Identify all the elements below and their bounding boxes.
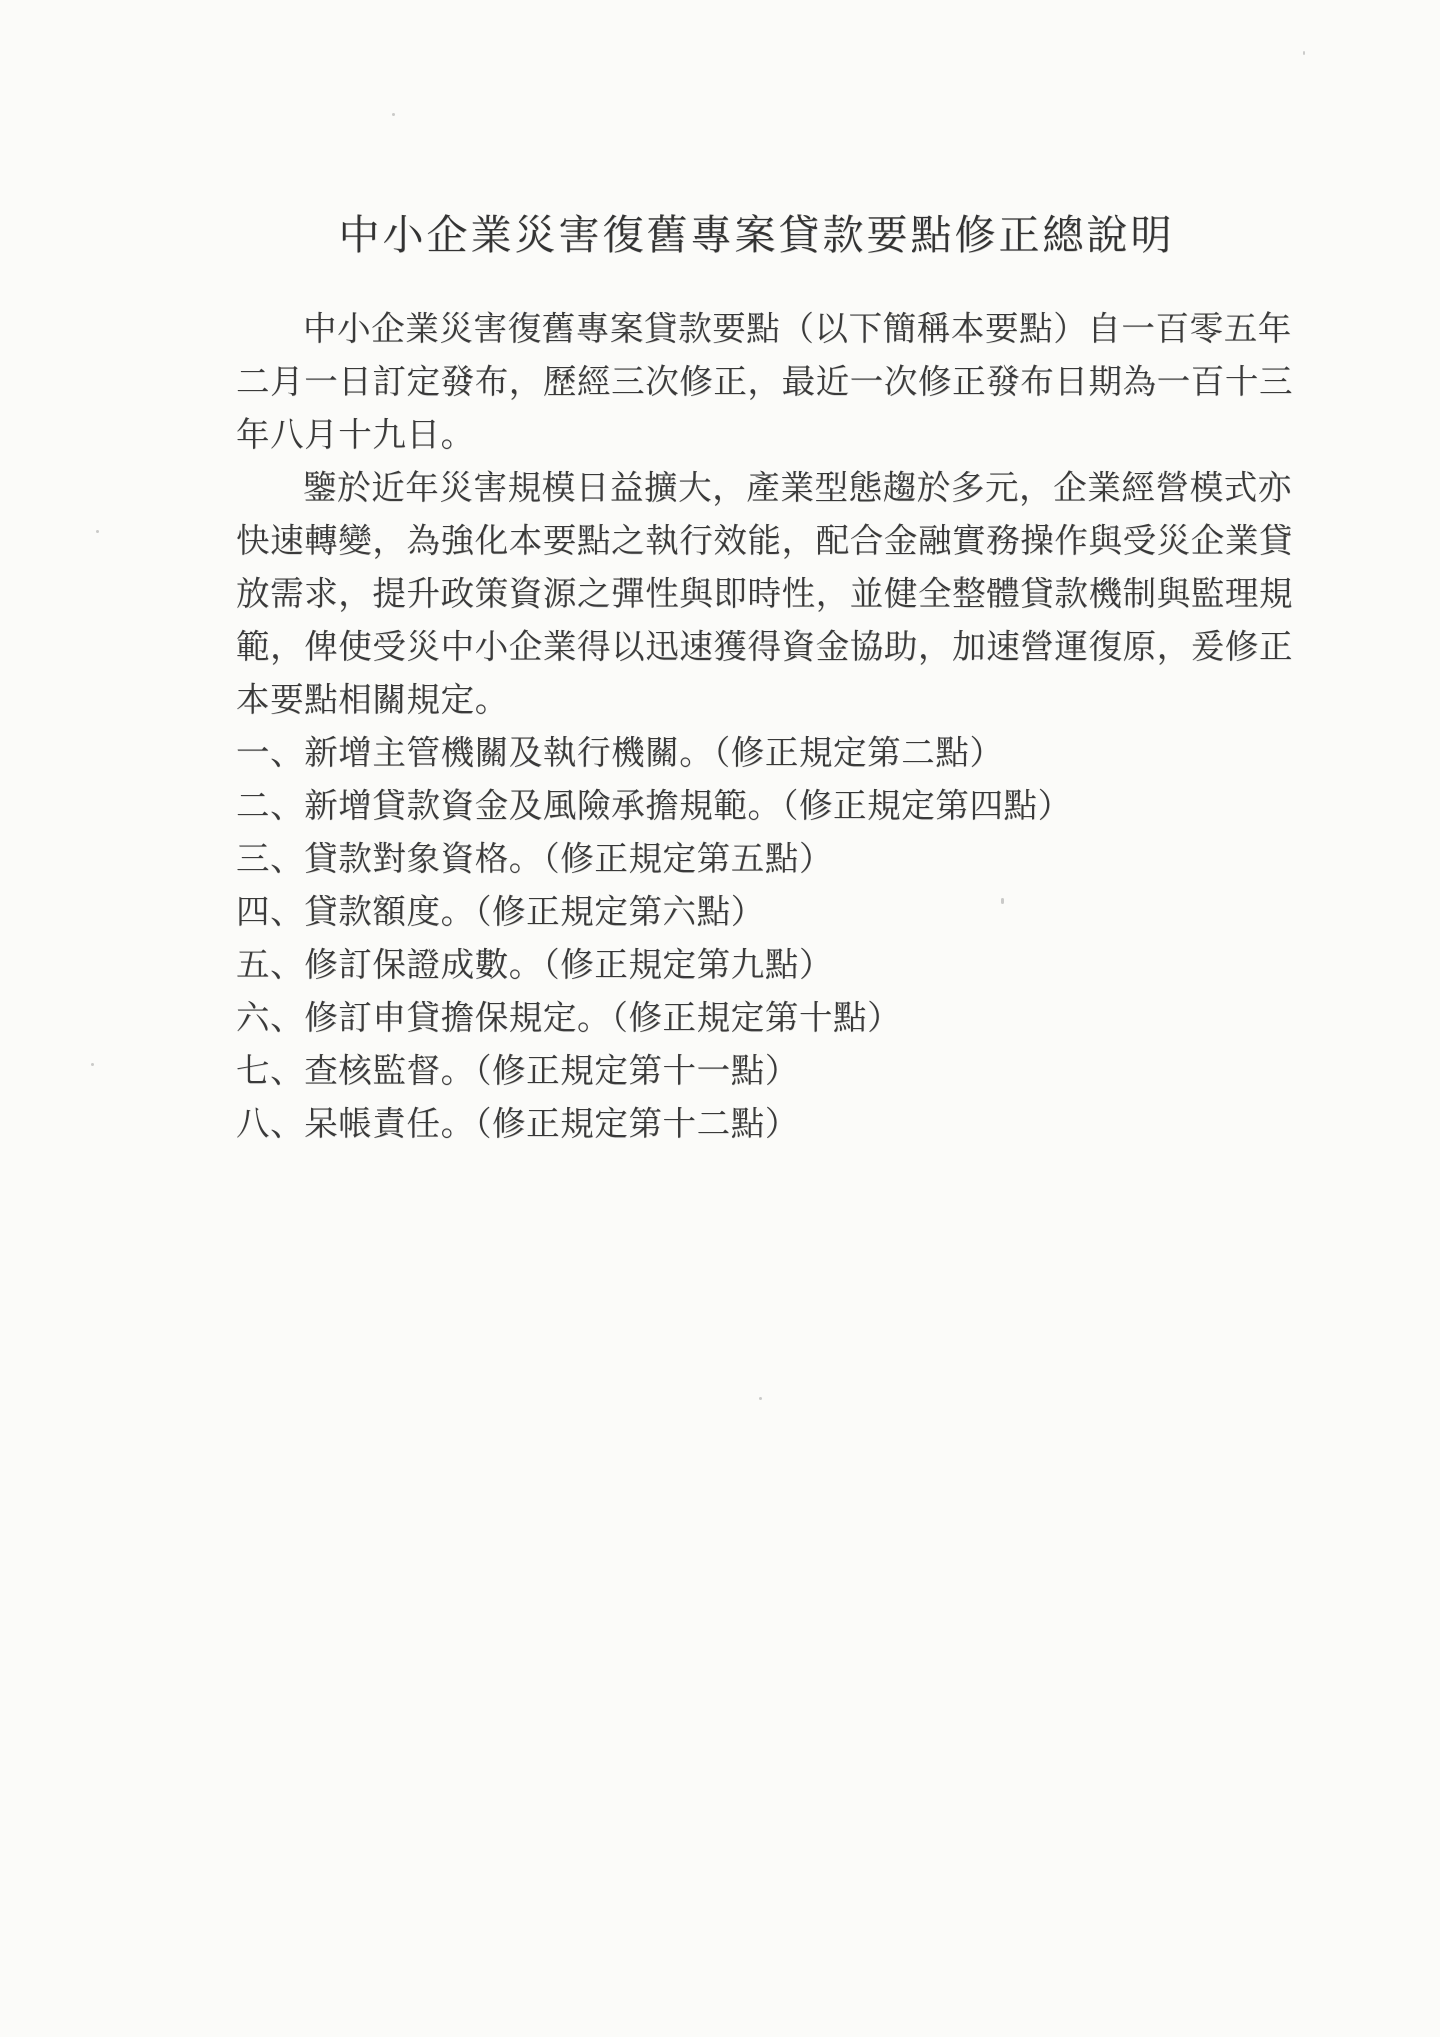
paragraph: 中小企業災害復舊專案貸款要點（以下簡稱本要點）自一百零五年 二月一日訂定發布，歷… — [236, 303, 1277, 462]
noise-speck — [759, 1397, 762, 1400]
paragraph-line: 二月一日訂定發布，歷經三次修正，最近一次修正發布日期為一百十三 — [236, 356, 1277, 409]
paragraph: 鑒於近年災害規模日益擴大，產業型態趨於多元，企業經營模式亦 快速轉變，為強化本要… — [236, 462, 1277, 727]
paragraph-line: 中小企業災害復舊專案貸款要點（以下簡稱本要點）自一百零五年 — [236, 303, 1277, 356]
noise-speck — [392, 113, 395, 116]
paragraph-line: 放需求，提升政策資源之彈性與即時性，並健全整體貸款機制與監理規 — [236, 568, 1277, 621]
list-item: 五、修訂保證成數。（修正規定第九點） — [236, 939, 1277, 992]
list-item: 六、修訂申貸擔保規定。（修正規定第十點） — [236, 992, 1277, 1045]
paragraph-line: 鑒於近年災害規模日益擴大，產業型態趨於多元，企業經營模式亦 — [236, 462, 1277, 515]
paragraph-line: 本要點相關規定。 — [236, 674, 1277, 727]
noise-speck — [96, 530, 99, 533]
document-content: 中小企業災害復舊專案貸款要點修正總說明 中小企業災害復舊專案貸款要點（以下簡稱本… — [236, 204, 1277, 1151]
paragraph-line: 年八月十九日。 — [236, 409, 1277, 462]
paragraph-line: 快速轉變，為強化本要點之執行效能，配合金融實務操作與受災企業貸 — [236, 515, 1277, 568]
list-item: 八、呆帳責任。（修正規定第十二點） — [236, 1098, 1277, 1151]
list-item: 一、新增主管機關及執行機關。（修正規定第二點） — [236, 727, 1277, 780]
amendment-item-list: 一、新增主管機關及執行機關。（修正規定第二點） 二、新增貸款資金及風險承擔規範。… — [236, 727, 1277, 1151]
noise-speck — [1303, 51, 1305, 55]
list-item: 七、查核監督。（修正規定第十一點） — [236, 1045, 1277, 1098]
list-item: 三、貸款對象資格。（修正規定第五點） — [236, 833, 1277, 886]
list-item: 四、貸款額度。（修正規定第六點） — [236, 886, 1277, 939]
list-item: 二、新增貸款資金及風險承擔規範。（修正規定第四點） — [236, 780, 1277, 833]
document-title: 中小企業災害復舊專案貸款要點修正總說明 — [236, 204, 1277, 266]
paragraph-line: 範，俾使受災中小企業得以迅速獲得資金協助，加速營運復原，爰修正 — [236, 621, 1277, 674]
noise-speck — [91, 1063, 94, 1066]
scanned-document-page: 中小企業災害復舊專案貸款要點修正總說明 中小企業災害復舊專案貸款要點（以下簡稱本… — [0, 0, 1440, 2037]
